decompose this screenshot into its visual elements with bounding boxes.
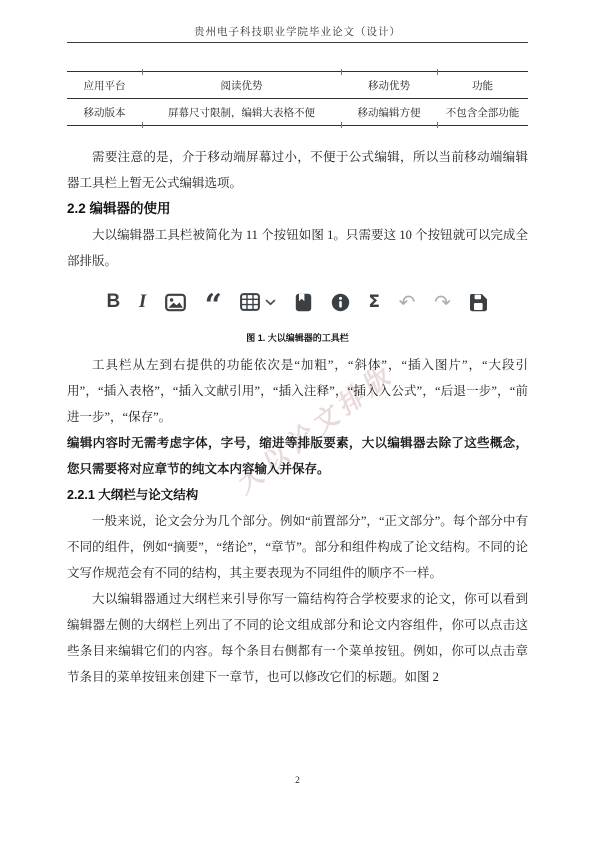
table-row: 移动版本 屏幕尺寸限制，编辑大表格不便 移动编辑方便 不包含全部功能 — [67, 99, 528, 125]
table-cell: 屏幕尺寸限制，编辑大表格不便 — [142, 105, 341, 120]
bold-icon: B — [107, 290, 121, 314]
table-header-cell: 应用平台 — [67, 78, 142, 93]
insert-table-group — [240, 290, 276, 314]
thesis-page: 大以论文排版 贵州电子科技职业学院毕业论文（设计） 应用平台 阅读优势 移动优势… — [0, 0, 595, 842]
citation-icon — [295, 290, 312, 314]
chevron-down-icon — [265, 290, 276, 314]
undo-icon: ↶ — [399, 290, 416, 314]
figure-caption: 图 1. 大以编辑器的工具栏 — [67, 332, 528, 344]
table-column-tick — [142, 69, 143, 75]
page-number: 2 — [0, 776, 595, 786]
table-column-tick — [437, 69, 438, 75]
blockquote-icon: “ — [205, 290, 222, 314]
paragraph-structure: 一般来说，论文会分为几个部分。例如“前置部分”，“正文部分”。每个部分中有不同的… — [67, 508, 528, 586]
table-header-cell: 阅读优势 — [142, 78, 341, 93]
table-cell: 移动版本 — [67, 105, 142, 120]
formula-icon: Σ — [368, 290, 380, 314]
italic-icon: I — [139, 290, 146, 314]
table-cell: 移动编辑方便 — [341, 105, 437, 120]
table-column-tick — [142, 122, 143, 128]
paragraph-note: 需要注意的是，介于移动端屏幕过小，不便于公式编辑，所以当前移动端编辑器工具栏上暂… — [67, 144, 528, 196]
comparison-table: 应用平台 阅读优势 移动优势 功能 移动版本 屏幕尺寸限制，编辑大表格不便 移动… — [67, 71, 528, 126]
table-column-tick — [437, 122, 438, 128]
table-column-tick — [341, 69, 342, 75]
section-heading-2-2-1: 2.2.1 大纲栏与论文结构 — [67, 482, 528, 508]
table-column-tick — [341, 122, 342, 128]
table-header-cell: 功能 — [437, 78, 528, 93]
paragraph-toolbar-functions: 工具栏从左到右提供的功能依次是“加粗”，“斜体”，“插入图片”，“大段引用”，“… — [67, 352, 528, 430]
paragraph-bold-tip: 编辑内容时无需考虑字体，字号，缩进等排版要素，大以编辑器去除了这些概念，您只需要… — [67, 430, 528, 482]
redo-icon: ↷ — [434, 290, 451, 314]
editor-toolbar-figure: B I “ — [107, 280, 489, 324]
paragraph-simplified: 大以编辑器工具栏被简化为 11 个按钮如图 1。只需要这 10 个按钮就可以完成… — [67, 222, 528, 274]
table-header-row: 应用平台 阅读优势 移动优势 功能 — [67, 72, 528, 99]
paragraph-outline: 大以编辑器通过大纲栏来引导你写一篇结构符合学校要求的论文，你可以看到编辑器左侧的… — [67, 586, 528, 690]
footnote-info-icon — [331, 290, 350, 314]
table-cell: 不包含全部功能 — [437, 105, 528, 120]
page-content: 贵州电子科技职业学院毕业论文（设计） 应用平台 阅读优势 移动优势 功能 移动版… — [67, 0, 528, 690]
page-header-title: 贵州电子科技职业学院毕业论文（设计） — [67, 0, 528, 43]
insert-image-icon — [165, 290, 186, 314]
section-heading-2-2: 2.2 编辑器的使用 — [67, 196, 528, 222]
save-icon — [469, 290, 488, 314]
table-header-cell: 移动优势 — [341, 78, 437, 93]
insert-table-icon — [240, 290, 260, 314]
